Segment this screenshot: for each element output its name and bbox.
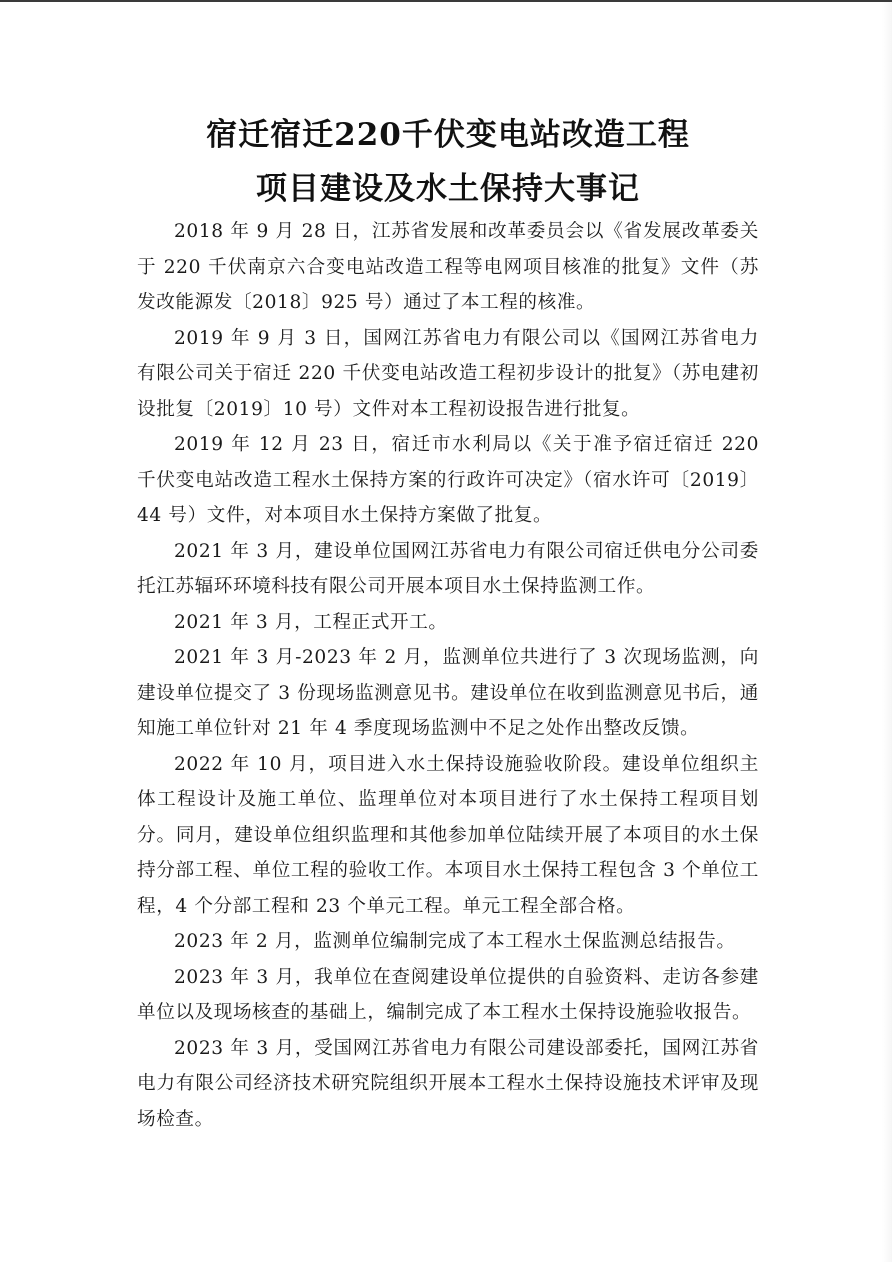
document-page: 宿迁宿迁220千伏变电站改造工程 项目建设及水土保持大事记 2018 年 9 月… (137, 108, 759, 1137)
event-paragraph: 2019 年 9 月 3 日，国网江苏省电力有限公司以《国网江苏省电力有限公司关… (137, 321, 759, 428)
event-paragraph: 2021 年 3 月-2023 年 2 月，监测单位共进行了 3 次现场监测，向… (137, 640, 759, 747)
event-paragraph: 2022 年 10 月，项目进入水土保持设施验收阶段。建设单位组织主体工程设计及… (137, 747, 759, 925)
title-line-1: 宿迁宿迁220千伏变电站改造工程 (137, 108, 759, 162)
event-paragraph: 2019 年 12 月 23 日，宿迁市水利局以《关于准予宿迁宿迁 220 千伏… (137, 427, 759, 534)
event-paragraph: 2023 年 2 月，监测单位编制完成了本工程水土保监测总结报告。 (137, 924, 759, 960)
event-paragraph: 2023 年 3 月，我单位在查阅建设单位提供的自验资料、走访各参建单位以及现场… (137, 960, 759, 1031)
event-paragraph: 2021 年 3 月，建设单位国网江苏省电力有限公司宿迁供电分公司委托江苏辐环环… (137, 534, 759, 605)
scan-top-border (0, 0, 892, 2)
title-line-2: 项目建设及水土保持大事记 (137, 162, 759, 216)
event-list: 2018 年 9 月 28 日，江苏省发展和改革委员会以《省发展改革委关于 22… (137, 214, 759, 1137)
event-paragraph: 2023 年 3 月，受国网江苏省电力有限公司建设部委托，国网江苏省电力有限公司… (137, 1031, 759, 1138)
document-title: 宿迁宿迁220千伏变电站改造工程 项目建设及水土保持大事记 (137, 108, 759, 216)
event-paragraph: 2018 年 9 月 28 日，江苏省发展和改革委员会以《省发展改革委关于 22… (137, 214, 759, 321)
scan-right-edge-shade (882, 2, 892, 1262)
event-paragraph: 2021 年 3 月，工程正式开工。 (137, 605, 759, 641)
